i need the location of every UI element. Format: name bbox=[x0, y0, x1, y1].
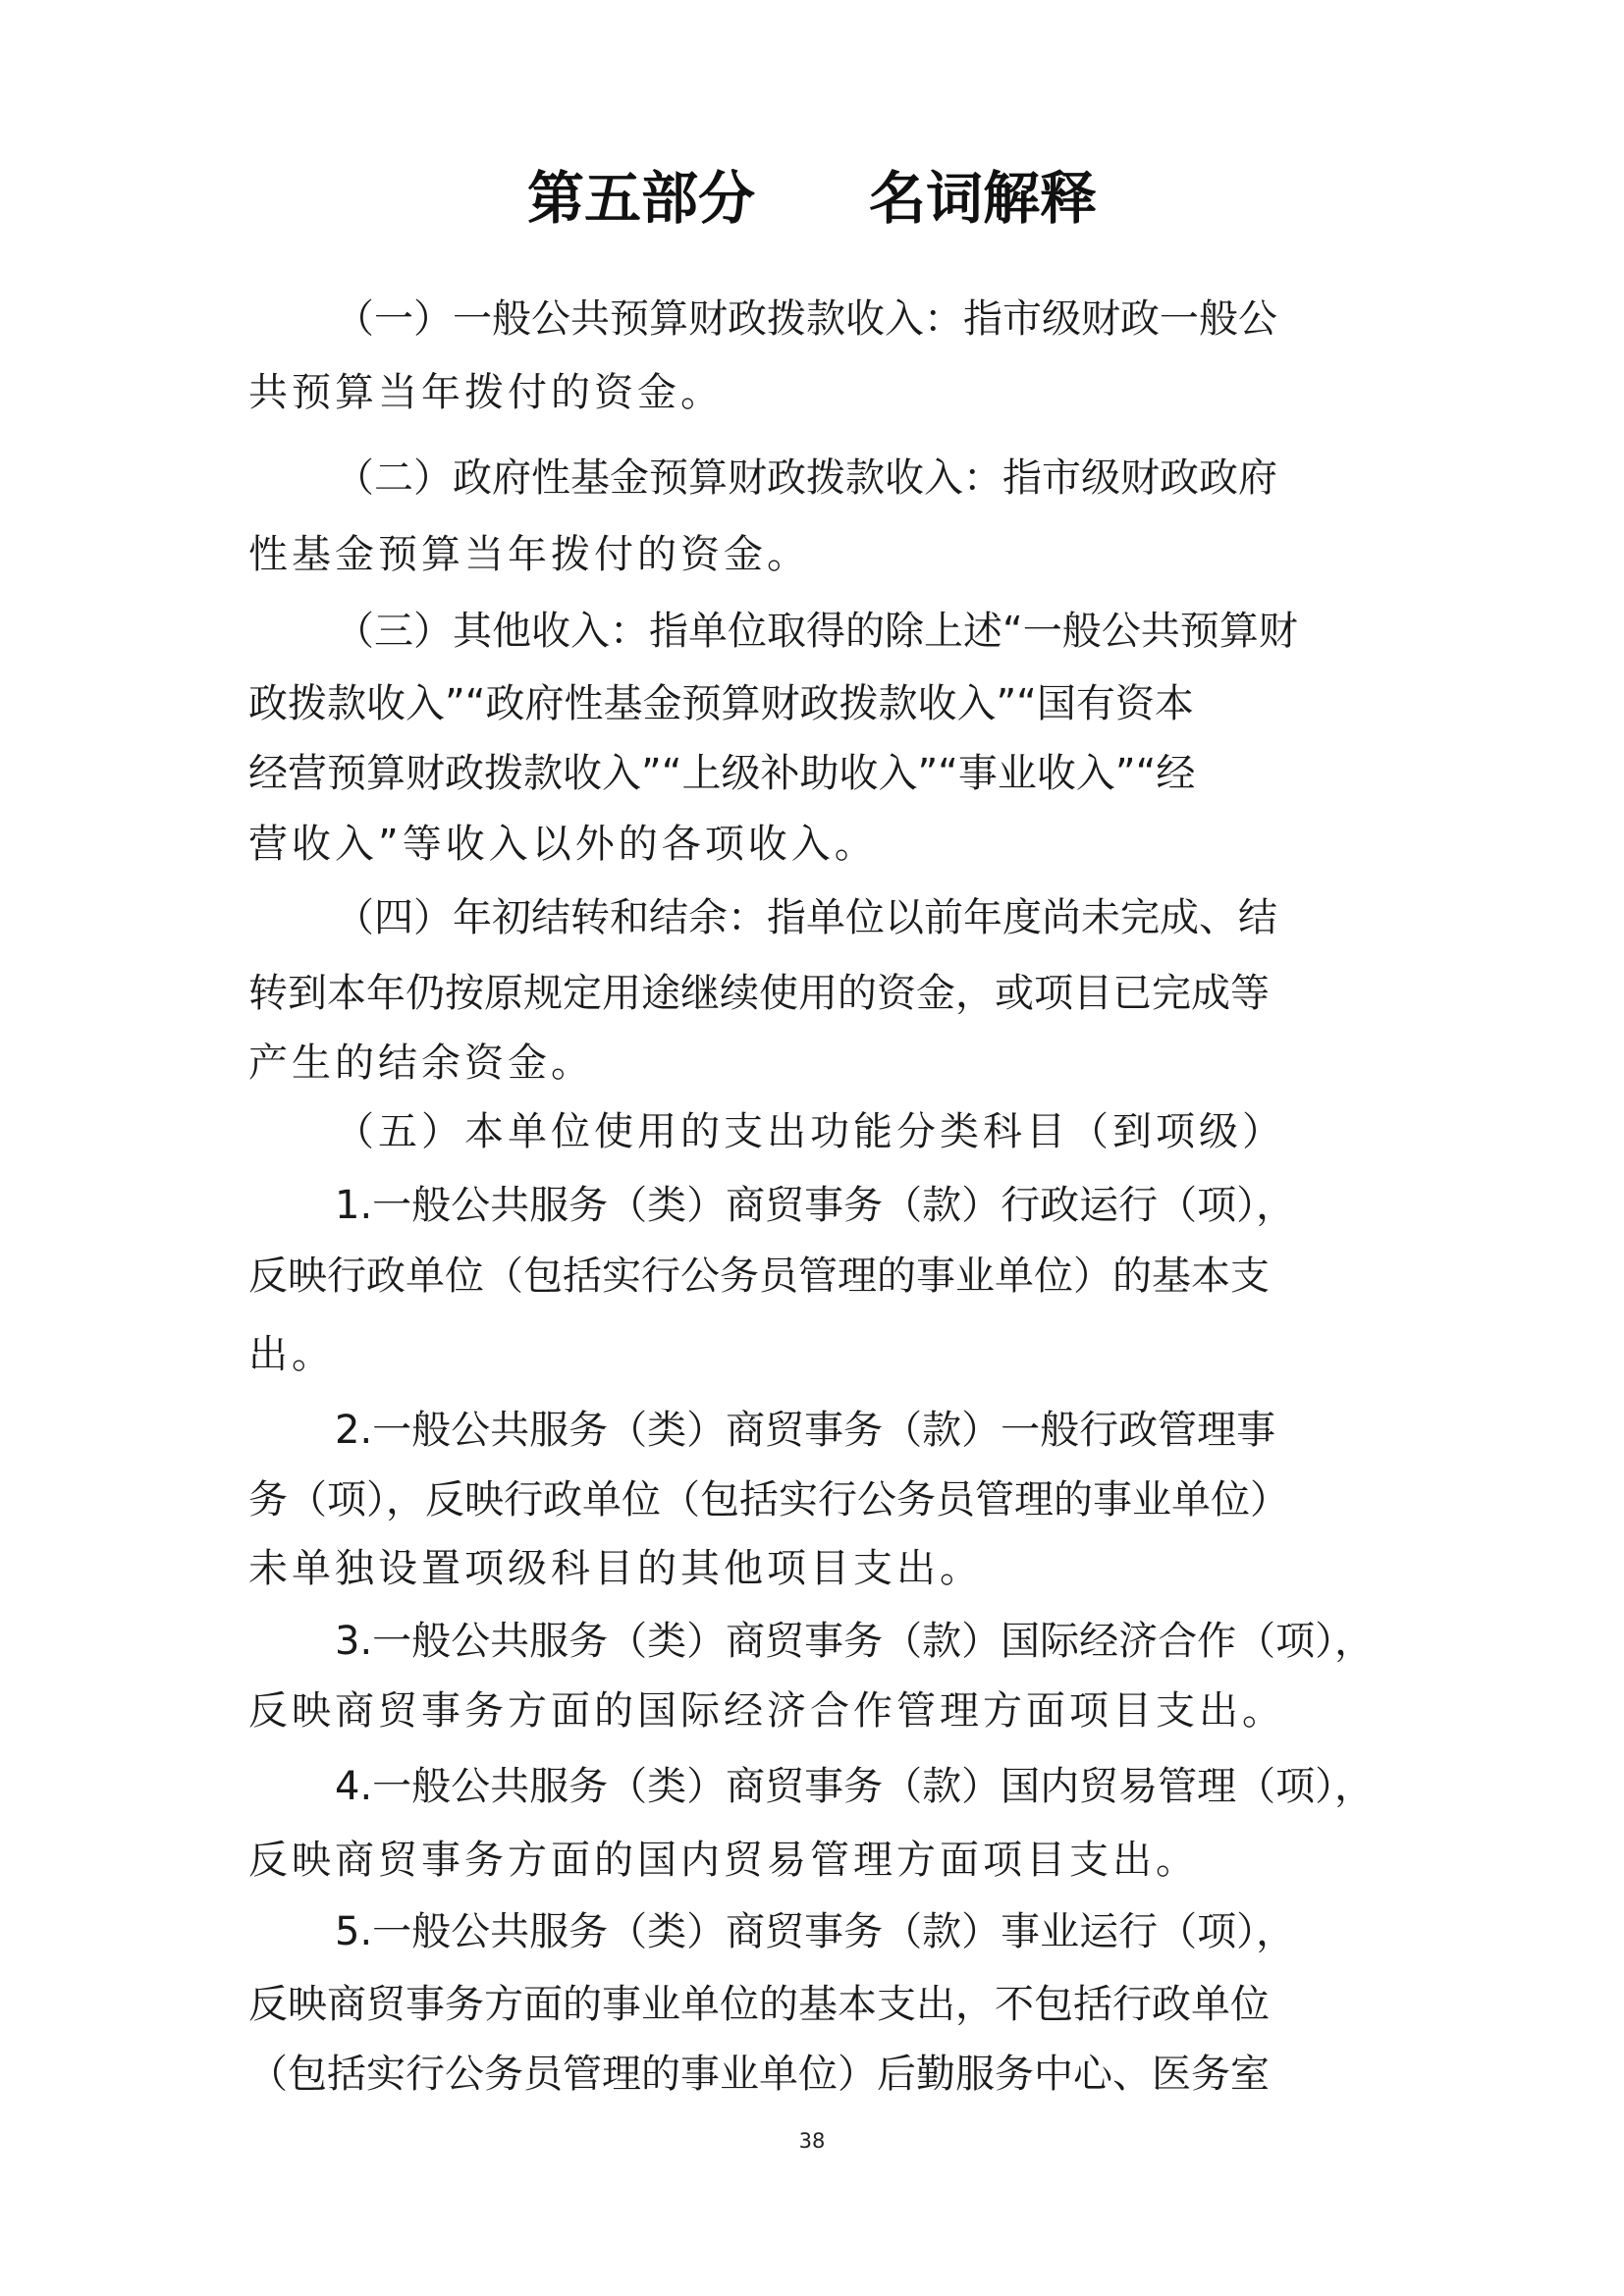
document-page: 第五部分 名词解释 （一）一般公共预算财政拨款收入：指市级财政一般公共预算当年拨… bbox=[0, 0, 1624, 2296]
text-line: （四）年初结转和结余：指单位以前年度尚未完成、结 bbox=[248, 888, 1380, 947]
text-line: 经营预算财政拨款收入”“上级补助收入”“事业收入”“经 bbox=[248, 744, 1380, 803]
text-line: （包括实行公务员管理的事业单位）后勤服务中心、医务室 bbox=[248, 2045, 1380, 2104]
text-line: （一）一般公共预算财政拨款收入：指市级财政一般公 bbox=[248, 290, 1380, 348]
text-line: 营收入”等收入以外的各项收入。 bbox=[248, 815, 1380, 874]
text-line: 4.一般公共服务（类）商贸事务（款）国内贸易管理（项）， bbox=[248, 1757, 1380, 1816]
text-line: 3.一般公共服务（类）商贸事务（款）国际经济合作（项）， bbox=[248, 1612, 1380, 1671]
page-number: 38 bbox=[0, 2126, 1624, 2156]
text-line: 1.一般公共服务（类）商贸事务（款）行政运行（项）， bbox=[248, 1176, 1380, 1235]
text-line: 2.一般公共服务（类）商贸事务（款）一般行政管理事 bbox=[248, 1401, 1380, 1460]
text-line: 出。 bbox=[248, 1325, 1380, 1384]
text-line: （二）政府性基金预算财政拨款收入：指市级财政政府 bbox=[248, 449, 1380, 507]
text-line: 务（项），反映行政单位（包括实行公务员管理的事业单位） bbox=[248, 1470, 1380, 1529]
text-line: 政拨款收入”“政府性基金预算财政拨款收入”“国有资本 bbox=[248, 674, 1380, 733]
text-line: 转到本年仍按原规定用途继续使用的资金，或项目已完成等 bbox=[248, 964, 1380, 1023]
text-line: 反映商贸事务方面的事业单位的基本支出，不包括行政单位 bbox=[248, 1975, 1380, 2034]
text-line: 反映商贸事务方面的国内贸易管理方面项目支出。 bbox=[248, 1831, 1380, 1890]
text-line: 反映商贸事务方面的国际经济合作管理方面项目支出。 bbox=[248, 1682, 1380, 1740]
text-line: （五）本单位使用的支出功能分类科目（到项级） bbox=[248, 1102, 1380, 1161]
text-line: （三）其他收入：指单位取得的除上述“一般公共预算财 bbox=[248, 602, 1380, 661]
text-line: 共预算当年拨付的资金。 bbox=[248, 363, 1380, 422]
text-line: 性基金预算当年拨付的资金。 bbox=[248, 525, 1380, 584]
text-line: 产生的结余资金。 bbox=[248, 1034, 1380, 1093]
text-line: 未单独设置项级科目的其他项目支出。 bbox=[248, 1539, 1380, 1598]
text-line: 反映行政单位（包括实行公务员管理的事业单位）的基本支 bbox=[248, 1247, 1380, 1306]
section-title: 第五部分 名词解释 bbox=[0, 162, 1624, 236]
text-line: 5.一般公共服务（类）商贸事务（款）事业运行（项）， bbox=[248, 1902, 1380, 1961]
